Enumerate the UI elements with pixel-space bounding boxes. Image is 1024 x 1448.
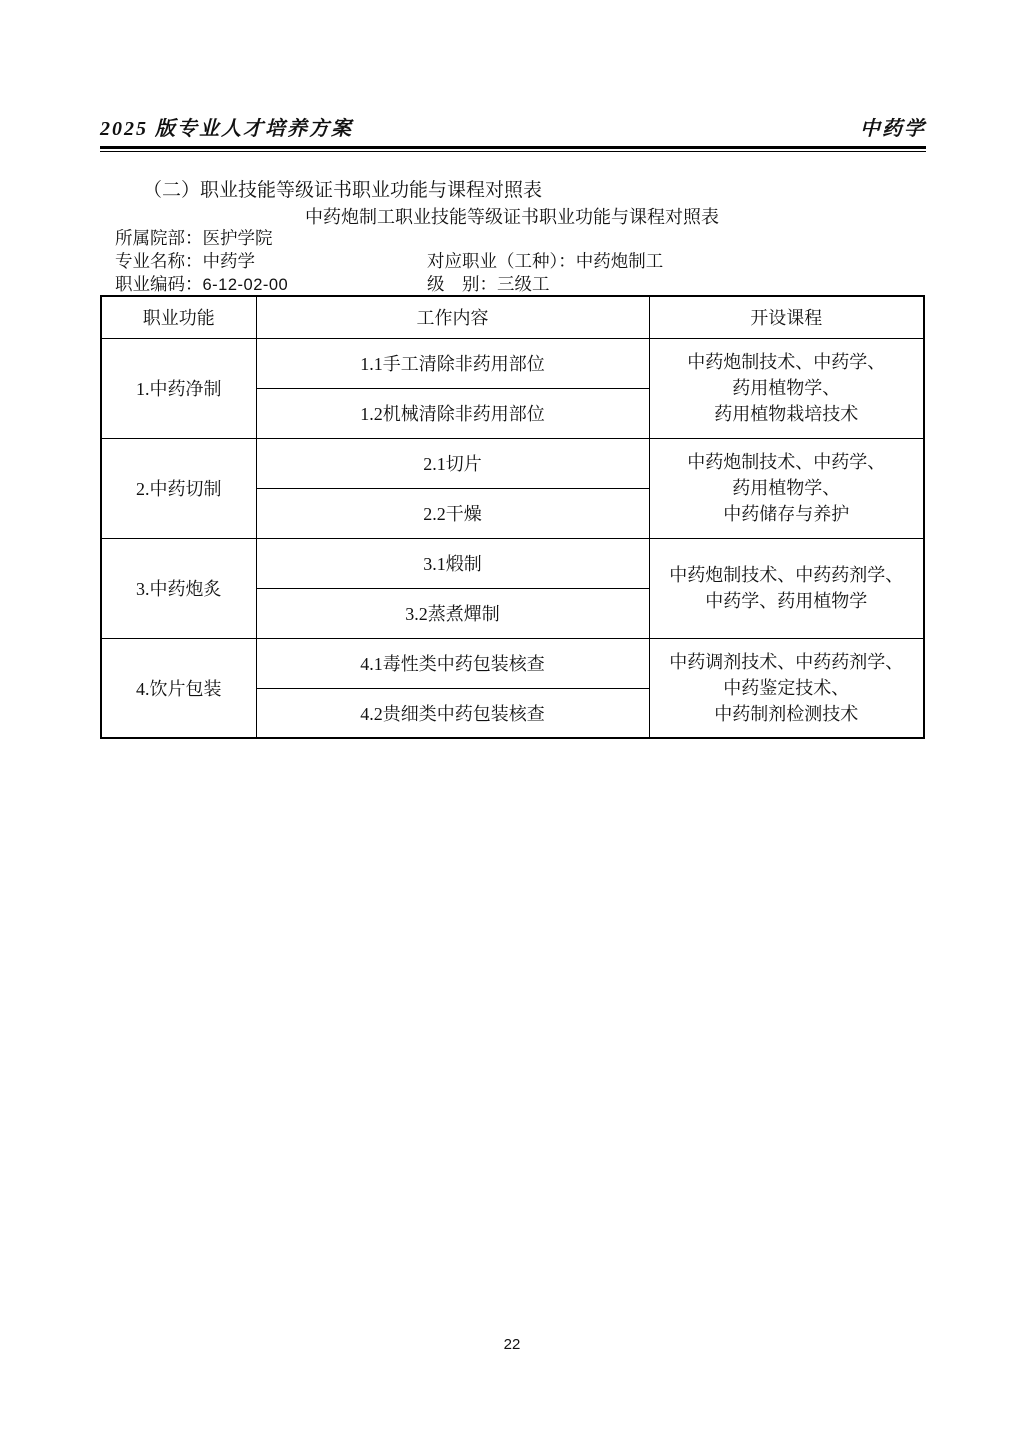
level-pair: 级 别：三级工: [427, 273, 550, 296]
col-header-function: 职业功能: [101, 296, 256, 338]
course-line: 药用植物学、: [654, 375, 920, 401]
table-header-row: 职业功能 工作内容 开设课程: [101, 296, 924, 338]
occupation-pair: 对应职业（工种）：中药炮制工: [427, 250, 663, 273]
task-cell: 4.2贵细类中药包装核查: [256, 688, 649, 738]
course-line: 中药鉴定技术、: [654, 675, 920, 701]
function-cell: 1.中药净制: [101, 338, 256, 438]
course-line: 中药学、药用植物学: [654, 588, 920, 614]
meta-line-code-level: 职业编码：6-12-02-00 级 别：三级工: [115, 273, 935, 296]
col-header-task: 工作内容: [256, 296, 649, 338]
major-label: 专业名称：: [115, 251, 203, 271]
major-value: 中药学: [203, 251, 256, 271]
course-line: 中药炮制技术、中药药剂学、: [654, 562, 920, 588]
task-cell: 3.1煅制: [256, 538, 649, 588]
page-header: 2025 版专业人才培养方案 中药学: [100, 112, 926, 152]
department-value: 医护学院: [203, 228, 273, 248]
task-cell: 2.1切片: [256, 438, 649, 488]
course-line: 中药炮制技术、中药学、: [654, 349, 920, 375]
meta-line-major-occupation: 专业名称：中药学 对应职业（工种）：中药炮制工: [115, 250, 935, 273]
table-row: 4.饮片包装 4.1毒性类中药包装核查 中药调剂技术、中药药剂学、 中药鉴定技术…: [101, 638, 924, 688]
task-cell: 3.2蒸煮燀制: [256, 588, 649, 638]
meta-block: 所属院部：医护学院 专业名称：中药学 对应职业（工种）：中药炮制工 职业编码：6…: [115, 227, 935, 296]
header-rule-thin: [100, 151, 926, 152]
table-row: 1.中药净制 1.1手工清除非药用部位 中药炮制技术、中药学、 药用植物学、 药…: [101, 338, 924, 388]
function-cell: 3.中药炮炙: [101, 538, 256, 638]
section-heading: （二）职业技能等级证书职业功能与课程对照表: [143, 175, 542, 202]
task-cell: 4.1毒性类中药包装核查: [256, 638, 649, 688]
page-number: 22: [0, 1336, 1024, 1353]
header-left-title: 2025 版专业人才培养方案: [100, 112, 353, 141]
code-label: 职业编码：: [115, 274, 203, 294]
task-cell: 1.1手工清除非药用部位: [256, 338, 649, 388]
course-line: 药用植物学、: [654, 475, 920, 501]
function-cell: 2.中药切制: [101, 438, 256, 538]
header-right-title: 中药学: [860, 112, 926, 141]
document-page: 2025 版专业人才培养方案 中药学 （二）职业技能等级证书职业功能与课程对照表…: [0, 0, 1024, 1448]
table-title: 中药炮制工职业技能等级证书职业功能与课程对照表: [0, 203, 1024, 229]
courses-cell: 中药炮制技术、中药药剂学、 中药学、药用植物学: [649, 538, 924, 638]
course-line: 中药炮制技术、中药学、: [654, 449, 920, 475]
table-row: 3.中药炮炙 3.1煅制 中药炮制技术、中药药剂学、 中药学、药用植物学: [101, 538, 924, 588]
course-line: 中药调剂技术、中药药剂学、: [654, 649, 920, 675]
function-cell: 4.饮片包装: [101, 638, 256, 738]
course-line: 中药制剂检测技术: [654, 701, 920, 727]
courses-cell: 中药炮制技术、中药学、 药用植物学、 中药储存与养护: [649, 438, 924, 538]
code-value: 6-12-02-00: [203, 276, 289, 294]
task-cell: 1.2机械清除非药用部位: [256, 388, 649, 438]
occupation-label: 对应职业（工种）：: [427, 251, 576, 271]
course-line: 中药储存与养护: [654, 501, 920, 527]
occupation-value: 中药炮制工: [576, 251, 664, 271]
courses-cell: 中药调剂技术、中药药剂学、 中药鉴定技术、 中药制剂检测技术: [649, 638, 924, 738]
header-rule-thick: [100, 146, 926, 149]
col-header-courses: 开设课程: [649, 296, 924, 338]
task-cell: 2.2干燥: [256, 488, 649, 538]
level-value: 三级工: [497, 274, 550, 294]
course-line: 药用植物栽培技术: [654, 401, 920, 427]
function-course-table: 职业功能 工作内容 开设课程 1.中药净制 1.1手工清除非药用部位 中药炮制技…: [100, 295, 925, 739]
courses-cell: 中药炮制技术、中药学、 药用植物学、 药用植物栽培技术: [649, 338, 924, 438]
department-label: 所属院部：: [115, 228, 203, 248]
meta-line-department: 所属院部：医护学院: [115, 227, 935, 250]
level-label: 级 别：: [427, 274, 497, 294]
table-row: 2.中药切制 2.1切片 中药炮制技术、中药学、 药用植物学、 中药储存与养护: [101, 438, 924, 488]
